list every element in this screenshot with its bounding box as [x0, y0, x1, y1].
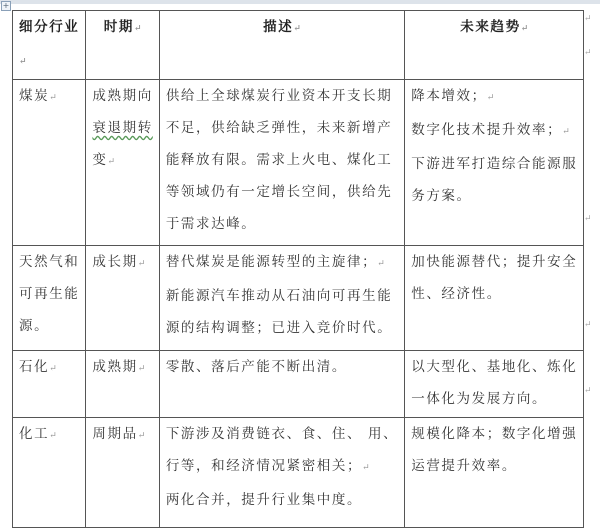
trend-line: 规模化降本；数字化增强: [411, 418, 577, 450]
industry-line: 天然气和: [19, 246, 79, 278]
cell-period[interactable]: 周期品↵: [86, 418, 159, 477]
table-row-coal: 煤炭↵ 成熟期向 衰退期转 变↵ 供给上全球煤炭行业资本开支长期 不足，供给缺乏…: [13, 80, 584, 246]
table-move-handle-icon[interactable]: +: [1, 1, 11, 11]
trend-line: 下游进军打造综合能源服: [411, 148, 577, 180]
cell-period[interactable]: 成熟期向 衰退期转 变↵: [86, 80, 159, 246]
paragraph-mark: ↵: [138, 431, 146, 441]
row-end-mark: ↵: [584, 214, 592, 224]
trend-line: 加快能源替代；提升安全: [411, 246, 577, 278]
trend-line: 以大型化、基地化、炼化: [411, 351, 577, 383]
header-description[interactable]: 描述↵: [159, 11, 404, 80]
description-line: 供给上全球煤炭行业资本开支长期: [166, 80, 398, 112]
cell-period[interactable]: 成长期↵: [86, 246, 159, 351]
description-line: 源的结构调整；已进入竞价时代。: [166, 312, 398, 344]
period-text: 成熟期: [92, 359, 137, 375]
industry-line: 源。: [19, 310, 79, 342]
header-label: 时期: [104, 19, 134, 35]
trend-line: 降本增效；: [411, 88, 487, 104]
paragraph-mark: ↵: [108, 157, 116, 167]
paragraph-mark: ↵: [293, 24, 301, 34]
description-line: 替代煤炭是能源转型的主旋律；: [166, 254, 377, 270]
industry-table: 细分行业↵ 时期↵ 描述↵ 未来趋势↵ 煤炭↵ 成熟期向 衰退期转 变↵ 供给上…: [12, 10, 584, 476]
paragraph-mark: ↵: [138, 364, 146, 374]
cell-description[interactable]: 替代煤炭是能源转型的主旋律；↵ 新能源汽车推动从石油向可再生能 源的结构调整；已…: [159, 246, 404, 351]
cell-trend[interactable]: 规模化降本；数字化增强 运营提升效率。: [405, 418, 584, 477]
trend-line: 运营提升效率。: [411, 450, 577, 476]
industry-name: 化工: [19, 426, 49, 442]
description-line: 等领域仍有一定增长空间，供给先: [166, 176, 398, 208]
cell-industry[interactable]: 天然气和 可再生能 源。: [13, 246, 86, 351]
cell-period[interactable]: 成熟期↵: [86, 351, 159, 418]
trend-line: 性、经济性。: [411, 278, 577, 310]
period-text: 周期品: [92, 426, 137, 442]
row-end-mark: ↵: [584, 14, 592, 24]
paragraph-mark: ↵: [134, 24, 142, 34]
table-row-chemical: 化工↵ 周期品↵ 下游涉及消费链衣、食、住、 用、 行等，和经济情况紧密相关；↵…: [13, 418, 584, 477]
cell-industry[interactable]: 化工↵: [13, 418, 86, 477]
paragraph-mark: ↵: [487, 93, 495, 103]
description-line: 新能源汽车推动从石油向可再生能: [166, 280, 398, 312]
paragraph-mark: ↵: [49, 364, 57, 374]
top-toolbar-edge: [0, 0, 600, 4]
table-row-petrochemical: 石化↵ 成熟期↵ 零散、落后产能不断出清。 以大型化、基地化、炼化 一体化为发展…: [13, 351, 584, 418]
header-label: 细分行业: [19, 19, 79, 35]
row-end-mark: ↵: [584, 48, 592, 58]
description-line: 下游涉及消费链衣、食、住、 用、: [166, 418, 398, 450]
industry-name: 石化: [19, 359, 49, 375]
period-line: 变: [92, 152, 107, 168]
description-line: 行等，和经济情况紧密相关；: [166, 458, 362, 474]
paragraph-mark: ↵: [362, 463, 370, 473]
cell-industry[interactable]: 石化↵: [13, 351, 86, 418]
paragraph-mark: ↵: [49, 431, 57, 441]
industry-table-container: 细分行业↵ 时期↵ 描述↵ 未来趋势↵ 煤炭↵ 成熟期向 衰退期转 变↵ 供给上…: [12, 10, 584, 476]
description-line: 于需求达峰。: [166, 208, 398, 240]
header-industry[interactable]: 细分行业↵: [13, 11, 86, 80]
period-line: 成熟期向: [92, 80, 152, 112]
header-trend[interactable]: 未来趋势↵: [405, 11, 584, 80]
cell-description[interactable]: 下游涉及消费链衣、食、住、 用、 行等，和经济情况紧密相关；↵ 两化合并，提升行…: [159, 418, 404, 477]
paragraph-mark: ↵: [19, 57, 27, 67]
period-text: 成长期: [92, 254, 137, 270]
cell-industry[interactable]: 煤炭↵: [13, 80, 86, 246]
trend-line: 务方案。: [411, 180, 577, 212]
description-line: 不足，供给缺乏弹性，未来新增产: [166, 112, 398, 144]
paragraph-mark: ↵: [562, 127, 570, 137]
table-row-natural-gas-renewables: 天然气和 可再生能 源。 成长期↵ 替代煤炭是能源转型的主旋律；↵ 新能源汽车推…: [13, 246, 584, 351]
trend-line: 数字化技术提升效率；: [411, 122, 562, 138]
header-period[interactable]: 时期↵: [86, 11, 159, 80]
description-text: 零散、落后产能不断出清。: [166, 359, 347, 375]
row-end-mark: ↵: [584, 320, 592, 330]
row-end-mark: ↵: [584, 386, 592, 396]
description-line: 能释放有限。需求上火电、煤化工: [166, 144, 398, 176]
period-line: 衰退期转: [92, 120, 152, 136]
paragraph-mark: ↵: [49, 93, 57, 103]
header-label: 未来趋势: [460, 19, 520, 35]
cell-description[interactable]: 供给上全球煤炭行业资本开支长期 不足，供给缺乏弹性，未来新增产 能释放有限。需求…: [159, 80, 404, 246]
trend-line: 一体化为发展方向。: [411, 383, 577, 415]
paragraph-mark: ↵: [138, 259, 146, 269]
paragraph-mark: ↵: [377, 259, 385, 269]
table-header-row: 细分行业↵ 时期↵ 描述↵ 未来趋势↵: [13, 11, 584, 80]
cell-trend[interactable]: 降本增效；↵ 数字化技术提升效率；↵ 下游进军打造综合能源服 务方案。: [405, 80, 584, 246]
cell-trend[interactable]: 以大型化、基地化、炼化 一体化为发展方向。: [405, 351, 584, 418]
cell-trend[interactable]: 加快能源替代；提升安全 性、经济性。: [405, 246, 584, 351]
industry-line: 可再生能: [19, 278, 79, 310]
industry-name: 煤炭: [19, 88, 49, 104]
header-label: 描述: [263, 19, 293, 35]
cell-description[interactable]: 零散、落后产能不断出清。: [159, 351, 404, 418]
paragraph-mark: ↵: [521, 24, 529, 34]
